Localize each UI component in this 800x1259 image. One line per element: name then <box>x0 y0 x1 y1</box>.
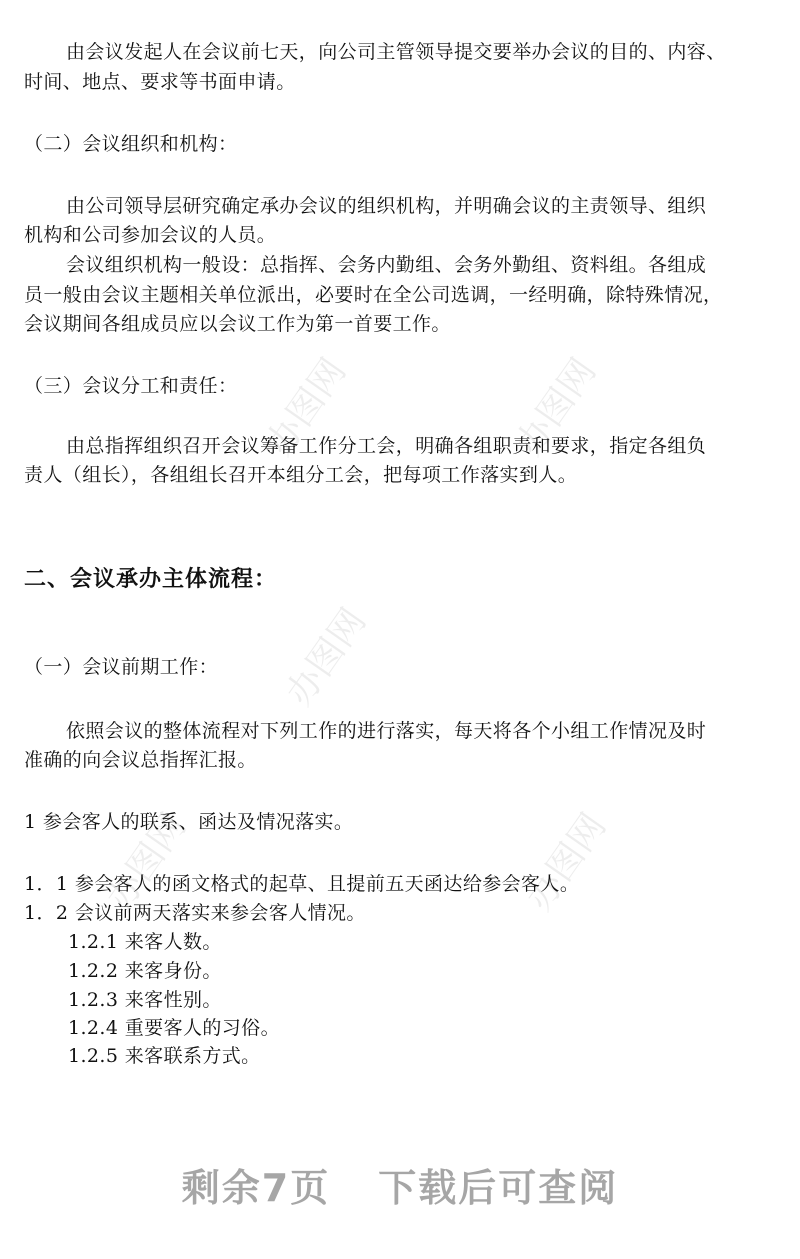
remaining-pages-text: 剩余7页 <box>182 1166 330 1210</box>
paragraph-structure-line3: 会议期间各组成员应以会议工作为第一首要工作。 <box>24 310 451 338</box>
subheading-organization: （二）会议组织和机构： <box>24 130 237 158</box>
paragraph-responsibilities-line1: 由总指挥组织召开会议筹备工作分工会，明确各组职责和要求，指定各组负 <box>66 432 706 460</box>
download-hint-text: 下载后可查阅 <box>378 1166 618 1210</box>
list-item-1-2: 1．2 会议前两天落实来参会客人情况。 <box>24 899 366 927</box>
subheading-preliminary-work: （一）会议前期工作： <box>24 653 218 681</box>
list-item-1-2-1: 1.2.1 来客人数。 <box>68 928 222 956</box>
paragraph-organization-line2: 机构和公司参加会议的人员。 <box>24 221 276 249</box>
paragraph-structure-line1: 会议组织机构一般设：总指挥、会务内勤组、会务外勤组、资料组。各组成 <box>66 251 706 279</box>
list-item-1-2-2: 1.2.2 来客身份。 <box>68 957 222 985</box>
paragraph-application-line1: 由会议发起人在会议前七天，向公司主管领导提交要举办会议的目的、内容、 <box>66 38 726 66</box>
subheading-responsibilities: （三）会议分工和责任： <box>24 372 237 400</box>
paragraph-responsibilities-line2: 责人（组长），各组组长召开本组分工会，把每项工作落实到人。 <box>24 461 577 489</box>
watermark: 办图网 <box>512 802 616 920</box>
watermark: 办图网 <box>272 597 376 715</box>
paragraph-application-line2: 时间、地点、要求等书面申请。 <box>24 68 296 96</box>
paragraph-structure-line2: 员一般由会议主题相关单位派出，必要时在全公司选调，一经明确，除特殊情况， <box>24 281 722 309</box>
section-heading-main-process: 二、会议承办主体流程： <box>24 562 277 593</box>
list-item-1: 1 参会客人的联系、函达及情况落实。 <box>24 808 353 836</box>
paragraph-preliminary-line2: 准确的向会议总指挥汇报。 <box>24 746 257 774</box>
list-item-1-1: 1．1 参会客人的函文格式的起草、且提前五天函达给参会客人。 <box>24 870 579 898</box>
download-banner[interactable]: 剩余7页下载后可查阅 <box>0 1157 800 1212</box>
list-item-1-2-3: 1.2.3 来客性别。 <box>68 986 222 1014</box>
list-item-1-2-5: 1.2.5 来客联系方式。 <box>68 1042 261 1070</box>
paragraph-preliminary-line1: 依照会议的整体流程对下列工作的进行落实，每天将各个小组工作情况及时 <box>66 717 706 745</box>
paragraph-organization-line1: 由公司领导层研究确定承办会议的组织机构，并明确会议的主责领导、组织 <box>66 192 706 220</box>
list-item-1-2-4: 1.2.4 重要客人的习俗。 <box>68 1014 280 1042</box>
